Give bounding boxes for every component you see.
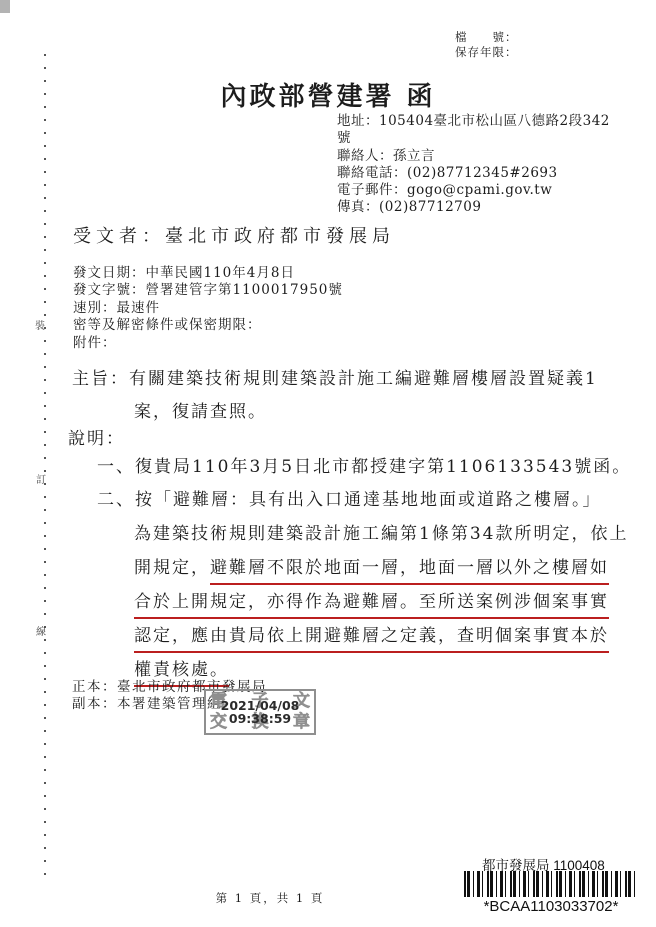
description-item2-line1: 二、按「避難層：具有出入口通達基地地面或道路之樓層。」 <box>97 485 602 510</box>
page-number-footer: 第 1 頁，共 1 頁 <box>140 890 400 906</box>
description-label: 說明： <box>68 424 125 449</box>
agency-contact-block: 地址：105404臺北市松山區八德路2段342 號 聯絡人：孫立言 聯絡電話：(… <box>337 113 610 217</box>
document-title: 內政部營建署 函 <box>0 76 656 113</box>
stamp-time: 09:38:59 <box>229 712 291 725</box>
barcode-code-text: *BCAA1103033702* <box>464 898 638 915</box>
issue-number: 發文字號：營署建管字第1100017950號 <box>73 282 343 299</box>
security-class: 密等及解密條件或保密期限： <box>73 317 343 334</box>
agency-address-line2: 號 <box>337 130 610 147</box>
subject-line1: 主旨：有關建築技術規則建築設計施工編避難層樓層設置疑義1 <box>72 364 598 389</box>
description-item2-line3: 開規定，避難層不限於地面一層，地面一層以外之樓層如 <box>134 553 609 578</box>
agency-address-line1: 地址：105404臺北市松山區八德路2段342 <box>337 113 610 130</box>
attachment: 附件： <box>73 335 343 352</box>
file-header: 檔 號： 保存年限： <box>455 30 518 60</box>
official-letter-page: 裝 訂 線 檔 號： 保存年限： 內政部營建署 函 地址：105404臺北市松山… <box>0 0 656 927</box>
item2-line5-underlined: 認定，應由貴局依上開避難層之定義，查明個案事實本於 <box>134 626 609 653</box>
electronic-exchange-stamp: 電子文 交換章 2021/04/08 09:38:59 <box>204 689 316 735</box>
binding-dotted-line <box>44 54 46 880</box>
description-item2-line4: 合於上開規定，亦得作為避難層。至所送案例涉個案事實 <box>134 587 609 612</box>
item2-line3-underlined: 避難層不限於地面一層，地面一層以外之樓層如 <box>210 558 609 585</box>
speed-class: 速別：最速件 <box>73 300 343 317</box>
retention-label: 保存年限： <box>455 45 518 60</box>
description-item1: 一、復貴局110年3月5日北市都授建字第1106133543號函。 <box>97 452 631 477</box>
subject-text: 有關建築技術規則建築設計施工編避難層樓層設置疑義1 <box>129 369 598 389</box>
agency-contact-person: 聯絡人：孫立言 <box>337 148 610 165</box>
stamp-datetime: 2021/04/08 09:38:59 <box>206 691 314 733</box>
issue-date: 發文日期：中華民國110年4月8日 <box>73 265 343 282</box>
subject-label: 主旨： <box>72 369 129 389</box>
agency-email: 電子郵件：gogo@cpami.gov.tw <box>337 182 610 199</box>
binding-mark-xian: 線 <box>36 623 46 638</box>
item2-line3-plain: 開規定， <box>134 558 210 578</box>
description-item2-line2: 為建築技術規則建築設計施工編第1條第34款所明定，依上 <box>134 519 628 544</box>
binding-mark-ding: 訂 <box>36 471 46 486</box>
subject-line2: 案，復請查照。 <box>134 397 267 422</box>
document-meta-block: 發文日期：中華民國110年4月8日 發文字號：營署建管字第1100017950號… <box>73 265 343 352</box>
scan-corner-mark <box>0 0 10 13</box>
binding-mark-zhuang: 裝 <box>35 317 45 332</box>
description-item2-line6: 權責核處。 <box>134 655 229 680</box>
description-item2-line5: 認定，應由貴局依上開避難層之定義，查明個案事實本於 <box>134 621 609 646</box>
file-no-label: 檔 號： <box>455 30 518 45</box>
barcode-image <box>464 871 638 897</box>
item2-line4-underlined: 合於上開規定，亦得作為避難層。至所送案例涉個案事實 <box>134 592 609 619</box>
recipient-line: 受文者：臺北市政府都市發展局 <box>73 222 395 248</box>
agency-phone: 聯絡電話：(02)87712345#2693 <box>337 165 610 182</box>
agency-fax: 傳真：(02)87712709 <box>337 199 610 216</box>
